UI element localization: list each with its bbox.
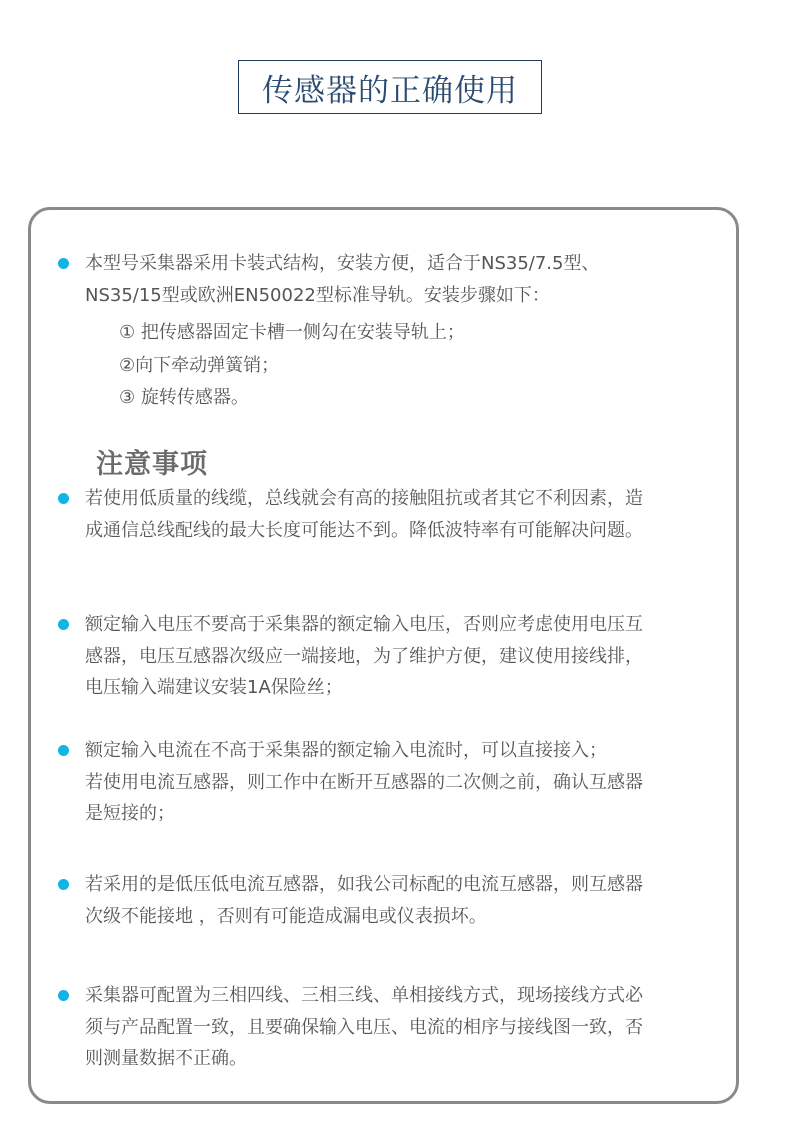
bullet-icon [58, 258, 69, 269]
note-5-line-2: 须与产品配置一致，且要确保输入电压、电流的相序与接线图一致，否 [85, 1017, 643, 1039]
bullet-icon [58, 493, 69, 504]
note-3-line-1: 额定输入电流在不高于采集器的额定输入电流时，可以直接接入； [85, 740, 607, 762]
page-title: 传感器的正确使用 [262, 65, 518, 110]
note-5-line-3: 则测量数据不正确。 [85, 1048, 247, 1070]
notes-heading: 注意事项 [96, 442, 208, 481]
note-4-line-1: 若采用的是低压低电流互感器，如我公司标配的电流互感器，则互感器 [85, 874, 643, 896]
installation-step-3: ③ 旋转传感器。 [119, 387, 249, 409]
bullet-icon [58, 990, 69, 1001]
note-5-line-1: 采集器可配置为三相四线、三相三线、单相接线方式，现场接线方式必 [85, 985, 643, 1007]
note-1-line-2: 成通信总线配线的最大长度可能达不到。降低波特率有可能解决问题。 [85, 520, 643, 542]
note-2-line-1: 额定输入电压不要高于采集器的额定输入电压，否则应考虑使用电压互 [85, 614, 643, 636]
note-2-line-3: 电压输入端建议安装1A保险丝； [85, 677, 343, 699]
installation-step-1: ① 把传感器固定卡槽一侧勾在安装导轨上； [119, 322, 465, 344]
installation-line-1: 本型号采集器采用卡装式结构，安装方便，适合于NS35/7.5型、 [85, 253, 599, 275]
title-box: 传感器的正确使用 [238, 60, 542, 114]
bullet-icon [58, 879, 69, 890]
note-3-line-3: 是短接的； [85, 803, 175, 825]
bullet-icon [58, 745, 69, 756]
bullet-icon [58, 619, 69, 630]
note-2-line-2: 感器，电压互感器次级应一端接地，为了维护方便，建议使用接线排， [85, 646, 643, 668]
note-1-line-1: 若使用低质量的线缆，总线就会有高的接触阻抗或者其它不利因素，造 [85, 488, 643, 510]
note-4-line-2: 次级不能接地 ，否则有可能造成漏电或仪表损坏。 [85, 906, 487, 928]
note-3-line-2: 若使用电流互感器，则工作中在断开互感器的二次侧之前，确认互感器 [85, 772, 643, 794]
installation-line-2: NS35/15型或欧洲EN50022型标准导轨。安装步骤如下： [85, 285, 550, 307]
installation-step-2: ②向下牵动弹簧销； [119, 355, 279, 377]
